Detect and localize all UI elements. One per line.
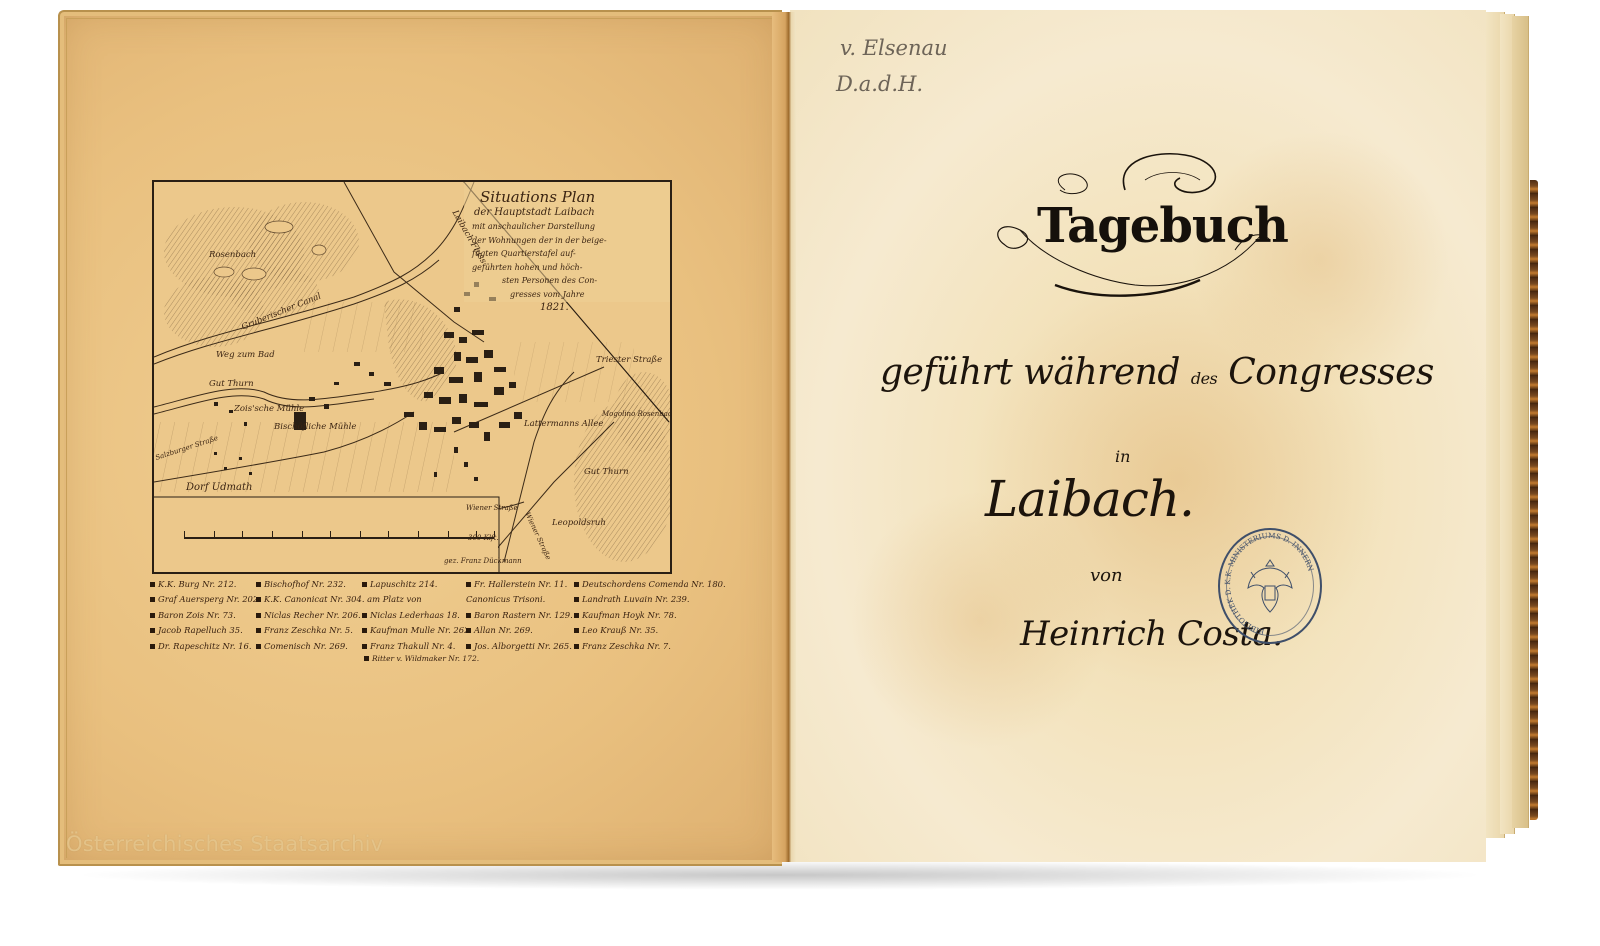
legend-row: Dr. Rapeschitz Nr. 16. Comenisch Nr. 269… bbox=[150, 638, 790, 654]
map-title-cartouche: Situations Plan der Hauptstadt Laibach m… bbox=[472, 188, 672, 315]
legend-entry: Canonicus Trisoni. bbox=[466, 594, 574, 604]
legend-entry: Lapuschitz 214. bbox=[362, 579, 466, 589]
legend-marker-icon bbox=[256, 597, 261, 602]
library-stamp: BIBLIOTHEK D. K.K. MINISTERIUMS D. INNER… bbox=[1218, 528, 1322, 644]
legend-row: Jacob Rapelluch 35. Franz Zeschka Nr. 5.… bbox=[150, 623, 790, 639]
map-label: Leopoldsruh bbox=[552, 518, 606, 528]
title-flourish-block: Tagebuch bbox=[985, 150, 1275, 310]
svg-text:BIBLIOTHEK D. K.K. MINISTERIUM: BIBLIOTHEK D. K.K. MINISTERIUMS D. INNER… bbox=[1223, 531, 1315, 637]
legend-entry: Franz Zeschka Nr. 7. bbox=[574, 641, 754, 651]
map-legend: K.K. Burg Nr. 212. Bischofhof Nr. 232. L… bbox=[150, 576, 790, 668]
legend-marker-icon bbox=[466, 582, 471, 587]
map-label: Dorf Udmath bbox=[186, 482, 252, 493]
legend-entry: Kaufman Mulle Nr. 262. bbox=[362, 625, 466, 635]
map-label: Weg zum Bad bbox=[216, 350, 275, 360]
legend-entry: Jos. Alborgetti Nr. 265. bbox=[466, 641, 574, 651]
book-subtitle: geführt während des Congresses bbox=[880, 352, 1434, 393]
legend-entry: Allan Nr. 269. bbox=[466, 625, 574, 635]
map-scale-bar bbox=[184, 537, 494, 539]
legend-marker-icon bbox=[362, 644, 367, 649]
map-title-line: sten Personen des Con- bbox=[502, 274, 672, 288]
legend-marker-icon bbox=[466, 644, 471, 649]
archive-watermark: Österreichisches Staatsarchiv bbox=[66, 832, 383, 856]
map-title-line: gresses vom Jahre bbox=[510, 288, 672, 302]
map-title-line: fügten Quartierstafel auf- bbox=[472, 247, 672, 261]
legend-marker-icon bbox=[150, 613, 155, 618]
legend-marker-icon bbox=[256, 582, 261, 587]
right-page bbox=[790, 10, 1486, 862]
legend-marker-icon bbox=[466, 628, 471, 633]
map-label: Wiener Straße bbox=[466, 504, 518, 512]
map-title: Situations Plan bbox=[480, 188, 672, 206]
legend-marker-icon bbox=[256, 613, 261, 618]
legend-entry: Comenisch Nr. 269. bbox=[256, 641, 362, 651]
legend-entry: Baron Rastern Nr. 129. bbox=[466, 610, 574, 620]
legend-entry: Kaufman Hoyk Nr. 78. bbox=[574, 610, 754, 620]
map-label: Triester Straße bbox=[596, 355, 662, 365]
book-gutter bbox=[772, 12, 796, 862]
map-title-line: der Wohnungen der in der beige- bbox=[472, 234, 672, 248]
map-label: Mogolino Rosenbach bbox=[602, 410, 672, 418]
legend-entry: Graf Auersperg Nr. 202. bbox=[150, 594, 256, 604]
legend-marker-icon bbox=[362, 628, 367, 633]
legend-marker-icon bbox=[574, 628, 579, 633]
legend-marker-icon bbox=[256, 628, 261, 633]
legend-entry: Bischofhof Nr. 232. bbox=[256, 579, 362, 589]
legend-marker-icon bbox=[364, 656, 369, 661]
page-edge bbox=[1512, 16, 1529, 828]
map-label: Lattermanns Allee bbox=[524, 419, 603, 429]
legend-marker-icon bbox=[150, 597, 155, 602]
stamp-text-ring: BIBLIOTHEK D. K.K. MINISTERIUMS D. INNER… bbox=[1220, 530, 1320, 642]
legend-entry: Deutschordens Comenda Nr. 180. bbox=[574, 579, 754, 589]
legend-entry: Landrath Luvain Nr. 239. bbox=[574, 594, 754, 604]
open-book: Situations Plan der Hauptstadt Laibach m… bbox=[0, 0, 1600, 946]
legend-entry: Franz Thakull Nr. 4. bbox=[362, 641, 466, 651]
legend-marker-icon bbox=[466, 613, 471, 618]
legend-entry: K.K. Canonicat Nr. 304. am Platz von bbox=[256, 594, 466, 604]
pencil-note: D.a.d.H. bbox=[836, 72, 923, 96]
legend-entry: K.K. Burg Nr. 212. bbox=[150, 579, 256, 589]
subtitle-by: von bbox=[1090, 565, 1123, 586]
legend-marker-icon bbox=[150, 628, 155, 633]
city-map-laibach: Situations Plan der Hauptstadt Laibach m… bbox=[152, 180, 672, 574]
map-title-line: mit anschaulicher Darstellung bbox=[472, 220, 672, 234]
pencil-note: v. Elsenau bbox=[840, 36, 948, 60]
legend-entry: Niclas Recher Nr. 206. bbox=[256, 610, 362, 620]
map-label: Gut Thurn bbox=[584, 467, 629, 477]
legend-entry: Franz Zeschka Nr. 5. bbox=[256, 625, 362, 635]
legend-row: Baron Zois Nr. 73. Niclas Recher Nr. 206… bbox=[150, 607, 790, 623]
legend-entry: Niclas Lederhaas 18. bbox=[362, 610, 466, 620]
legend-marker-icon bbox=[574, 597, 579, 602]
legend-entry: Leo Krauß Nr. 35. bbox=[574, 625, 754, 635]
legend-marker-icon bbox=[362, 582, 367, 587]
map-label: Rosenbach bbox=[209, 250, 256, 260]
map-signature: gez. Franz Dückmann bbox=[444, 557, 522, 565]
legend-marker-icon bbox=[150, 582, 155, 587]
legend-marker-icon bbox=[150, 644, 155, 649]
city-name: Laibach. bbox=[985, 470, 1194, 528]
map-label: Zois'sche Mühle bbox=[234, 404, 304, 414]
map-title-line: der Hauptstadt Laibach bbox=[474, 206, 672, 220]
legend-marker-icon bbox=[574, 644, 579, 649]
legend-entry: Baron Zois Nr. 73. bbox=[150, 610, 256, 620]
book-cover-edge bbox=[1530, 180, 1538, 820]
legend-row: Graf Auersperg Nr. 202. K.K. Canonicat N… bbox=[150, 592, 790, 608]
book-title: Tagebuch bbox=[1037, 198, 1288, 254]
legend-marker-icon bbox=[574, 582, 579, 587]
map-title-year: 1821. bbox=[540, 301, 672, 315]
legend-entry: Fr. Hallerstein Nr. 11. bbox=[466, 579, 574, 589]
subtitle-in: in bbox=[1115, 447, 1130, 466]
legend-marker-icon bbox=[256, 644, 261, 649]
legend-footer: Ritter v. Wildmaker Nr. 172. bbox=[150, 654, 790, 668]
map-label: Bischöfliche Mühle bbox=[274, 422, 356, 432]
legend-marker-icon bbox=[362, 613, 367, 618]
legend-entry: Dr. Rapeschitz Nr. 16. bbox=[150, 641, 256, 651]
legend-entry: Jacob Rapelluch 35. bbox=[150, 625, 256, 635]
double-headed-eagle-icon bbox=[1248, 560, 1292, 612]
legend-row: K.K. Burg Nr. 212. Bischofhof Nr. 232. L… bbox=[150, 576, 790, 592]
map-label: Gut Thurn bbox=[209, 379, 254, 389]
legend-marker-icon bbox=[574, 613, 579, 618]
map-scale-label: 300 Klft. bbox=[468, 534, 499, 542]
map-title-line: geführten hohen und höch- bbox=[472, 261, 672, 275]
